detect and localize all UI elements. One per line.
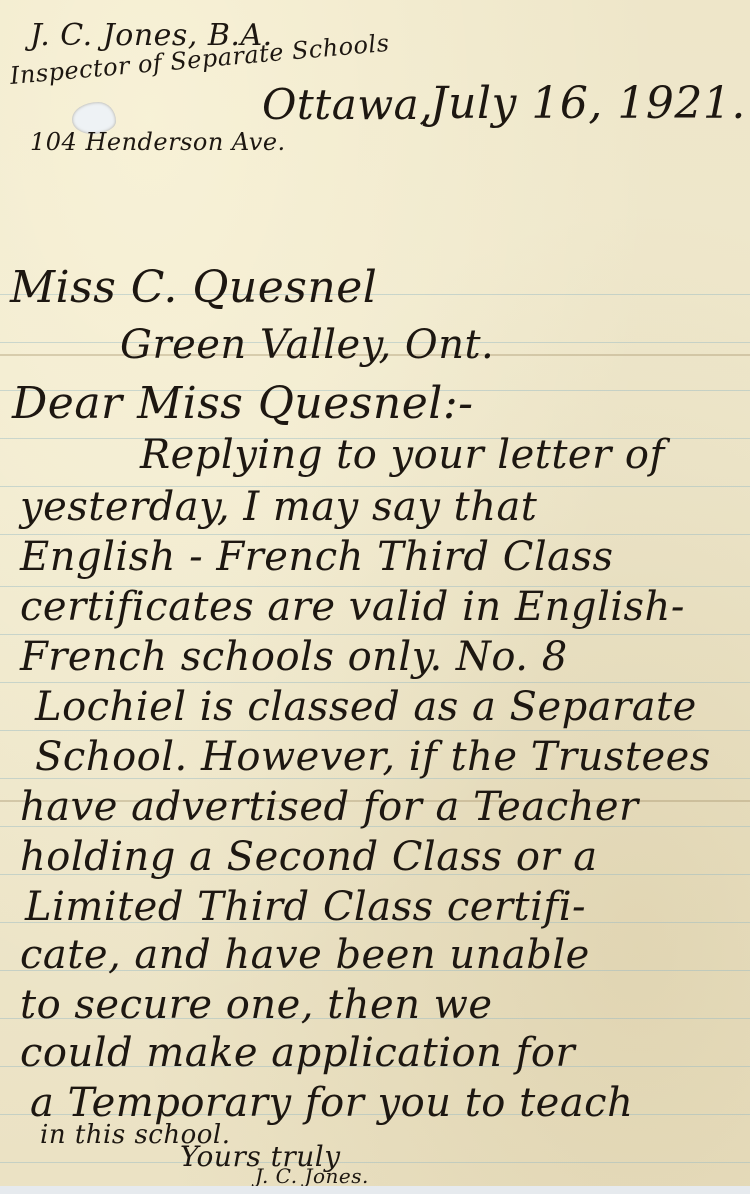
body-line: cate, and have been unable bbox=[20, 932, 590, 978]
recipient-location: Green Valley, Ont. bbox=[120, 322, 494, 368]
body-line: have advertised for a Teacher bbox=[20, 784, 639, 830]
page-edge bbox=[0, 1186, 750, 1194]
body-line: English - French Third Class bbox=[20, 534, 614, 580]
body-line: Limited Third Class certifi- bbox=[25, 884, 586, 930]
body-line: yesterday, I may say that bbox=[20, 484, 537, 530]
recipient-name: Miss C. Quesnel bbox=[10, 262, 377, 313]
date: July 16, 1921. bbox=[430, 78, 746, 129]
body-line: Lochiel is classed as a Separate bbox=[35, 684, 697, 730]
body-line: could make application for bbox=[20, 1030, 575, 1076]
body-line: certificates are valid in English- bbox=[20, 584, 685, 630]
body-line: Replying to your letter of bbox=[140, 432, 665, 478]
body-line: School. However, if the Trustees bbox=[35, 734, 711, 780]
body-line: French schools only. No. 8 bbox=[20, 634, 568, 680]
place: Ottawa, bbox=[262, 80, 433, 129]
salutation: Dear Miss Quesnel:- bbox=[12, 378, 474, 429]
signature: J. C. Jones. bbox=[255, 1164, 369, 1186]
body-line: to secure one, then we bbox=[20, 982, 493, 1028]
body-line: holding a Second Class or a bbox=[20, 834, 598, 880]
letterhead-address: 104 Henderson Ave. bbox=[30, 128, 286, 156]
letter-page: J. C. Jones, B.A. Inspector of Separate … bbox=[0, 0, 750, 1186]
